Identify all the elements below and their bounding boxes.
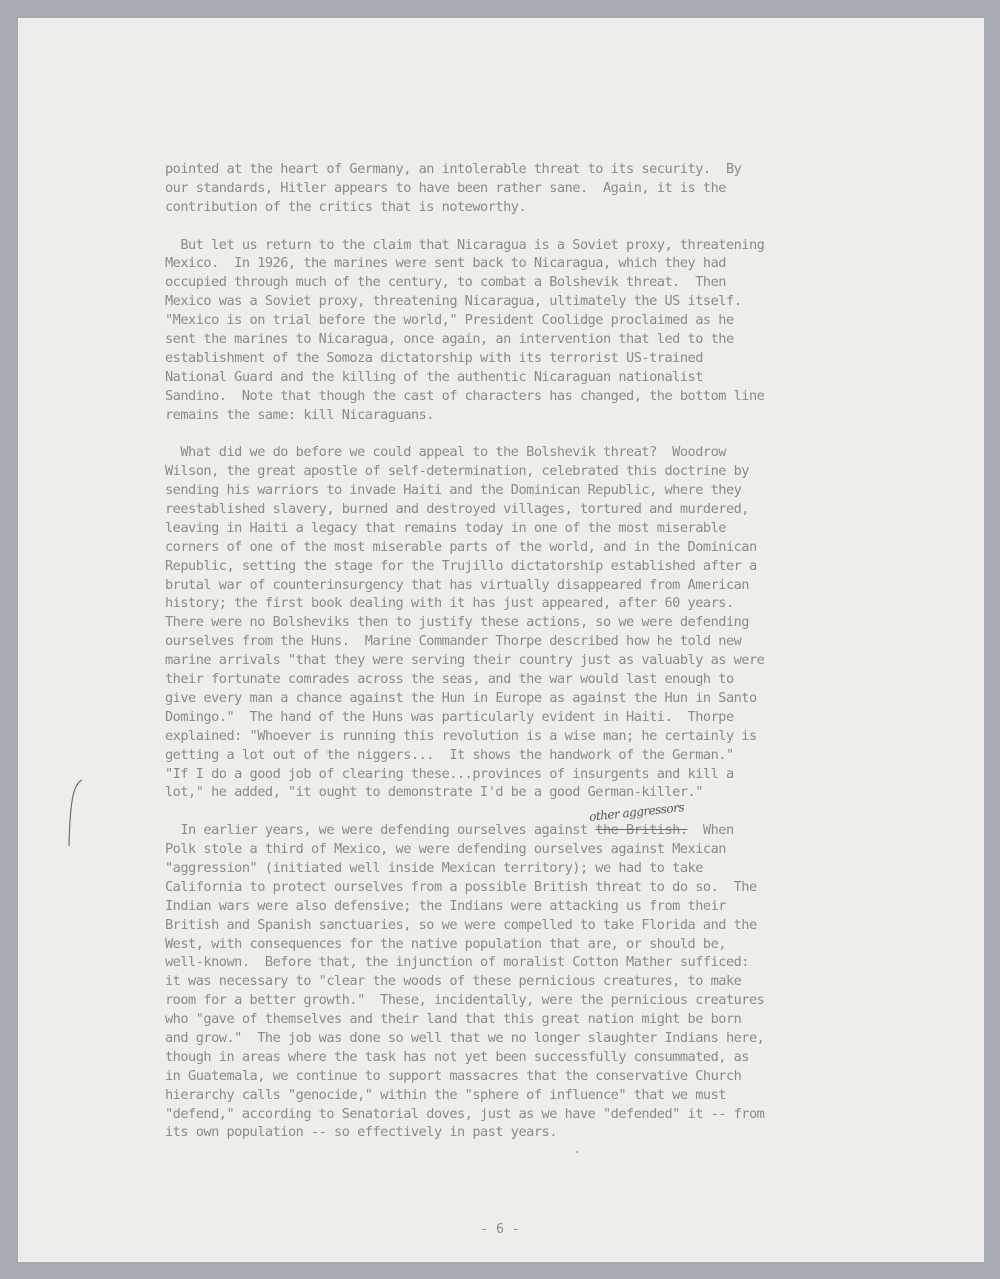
text-line: sent the marines to Nicaragua, once agai…	[165, 330, 925, 349]
text-line: leaving in Haiti a legacy that remains t…	[165, 519, 925, 538]
text-line: Mexico. In 1926, the marines were sent b…	[165, 254, 925, 273]
text-line: well-known. Before that, the injunction …	[165, 953, 925, 972]
text-line: give every man a chance against the Hun …	[165, 689, 925, 708]
text-line: pointed at the heart of Germany, an into…	[165, 160, 925, 179]
paragraph-2: But let us return to the claim that Nica…	[165, 236, 925, 425]
text-line: their fortunate comrades across the seas…	[165, 670, 925, 689]
text-line: though in areas where the task has not y…	[165, 1048, 925, 1067]
document-body: pointed at the heart of Germany, an into…	[165, 160, 925, 1161]
text-line: room for a better growth." These, incide…	[165, 991, 925, 1010]
text-line: Indian wars were also defensive; the Ind…	[165, 897, 925, 916]
page-number: - 6 -	[0, 1222, 1000, 1237]
text-line: Mexico was a Soviet proxy, threatening N…	[165, 292, 925, 311]
text-line: California to protect ourselves from a p…	[165, 878, 925, 897]
text-line: establishment of the Somoza dictatorship…	[165, 349, 925, 368]
text-segment: In earlier years, we were defending ours…	[165, 822, 595, 838]
text-line: history; the first book dealing with it …	[165, 594, 925, 613]
text-line: in Guatemala, we continue to support mas…	[165, 1067, 925, 1086]
text-line: getting a lot out of the niggers... It s…	[165, 746, 925, 765]
text-segment: When	[688, 822, 734, 838]
text-line: marine arrivals "that they were serving …	[165, 651, 925, 670]
text-line: it was necessary to "clear the woods of …	[165, 972, 925, 991]
text-line: who "gave of themselves and their land t…	[165, 1010, 925, 1029]
struck-text-container: the British.other aggressors	[595, 822, 687, 838]
paragraph-3: What did we do before we could appeal to…	[165, 443, 925, 802]
text-line: contribution of the critics that is note…	[165, 198, 925, 217]
text-line: lot," he added, "it ought to demonstrate…	[165, 783, 925, 802]
text-line: Polk stole a third of Mexico, we were de…	[165, 840, 925, 859]
text-line: "aggression" (initiated well inside Mexi…	[165, 859, 925, 878]
text-line: But let us return to the claim that Nica…	[165, 236, 925, 255]
text-line: and grow." The job was done so well that…	[165, 1029, 925, 1048]
text-line: Republic, setting the stage for the Truj…	[165, 557, 925, 576]
paragraph-4: In earlier years, we were defending ours…	[165, 821, 925, 1142]
text-line: brutal war of counterinsurgency that has…	[165, 576, 925, 595]
text-line: occupied through much of the century, to…	[165, 273, 925, 292]
text-line: our standards, Hitler appears to have be…	[165, 179, 925, 198]
text-line: Wilson, the great apostle of self-determ…	[165, 462, 925, 481]
text-line: explained: "Whoever is running this revo…	[165, 727, 925, 746]
text-line: British and Spanish sanctuaries, so we w…	[165, 916, 925, 935]
text-line: What did we do before we could appeal to…	[165, 443, 925, 462]
text-line: remains the same: kill Nicaraguans.	[165, 406, 925, 425]
text-line: ourselves from the Huns. Marine Commande…	[165, 632, 925, 651]
margin-bracket-mark	[64, 778, 104, 848]
text-line: National Guard and the killing of the au…	[165, 368, 925, 387]
text-line: Sandino. Note that though the cast of ch…	[165, 387, 925, 406]
text-line: sending his warriors to invade Haiti and…	[165, 481, 925, 500]
text-line: Domingo." The hand of the Huns was parti…	[165, 708, 925, 727]
text-line: There were no Bolsheviks then to justify…	[165, 613, 925, 632]
text-line: corners of one of the most miserable par…	[165, 538, 925, 557]
text-line: reestablished slavery, burned and destro…	[165, 500, 925, 519]
text-line: its own population -- so effectively in …	[165, 1123, 925, 1142]
stray-mark	[576, 1151, 578, 1153]
text-line: "Mexico is on trial before the world," P…	[165, 311, 925, 330]
text-line: "defend," according to Senatorial doves,…	[165, 1105, 925, 1124]
text-line: hierarchy calls "genocide," within the "…	[165, 1086, 925, 1105]
paragraph-1: pointed at the heart of Germany, an into…	[165, 160, 925, 217]
text-line: West, with consequences for the native p…	[165, 935, 925, 954]
paragraph-4-first-line: In earlier years, we were defending ours…	[165, 821, 925, 840]
text-line: "If I do a good job of clearing these...…	[165, 765, 925, 784]
